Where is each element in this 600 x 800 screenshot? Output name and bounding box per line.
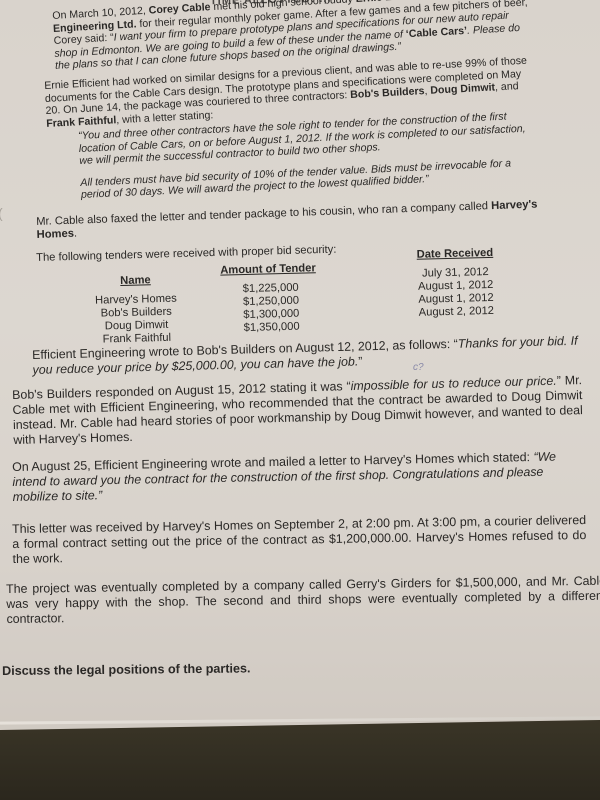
column-date: Date Received July 31, 2012 August 1, 20… [400, 246, 512, 320]
paragraph-sept2: This letter was received by Harvey's Hom… [12, 513, 587, 567]
desk-surface [0, 720, 600, 800]
column-name: Name Harvey's Homes Bob's Builders Doug … [80, 273, 192, 347]
paragraph-outcome: The project was eventually completed by … [6, 574, 600, 627]
table-cell: August 2, 2012 [401, 304, 511, 320]
text: . [74, 228, 78, 240]
column-amount: Amount of Tender $1,225,000 $1,250,000 $… [220, 261, 352, 335]
margin-mark: ( [0, 205, 3, 221]
paragraph-aug25: On August 25, Efficient Engineering wrot… [12, 449, 585, 505]
column-header: Date Received [400, 246, 510, 262]
party-name: Bob's Builders [350, 85, 425, 101]
handwritten-annotation: c? [413, 362, 424, 373]
question-prompt: Discuss the legal positions of the parti… [2, 661, 251, 678]
text: , and [495, 80, 519, 93]
text: ” [358, 354, 363, 368]
table-cell: $1,350,000 [222, 319, 352, 335]
business-name: ‘Cable Cars’ [406, 25, 468, 40]
paragraph-aug15: Bob's Builders responded on August 15, 2… [12, 373, 583, 448]
exam-page: TIME ALLOTTED: ... On March 10, 2012, Co… [0, 0, 600, 800]
party-name: Doug Dimwit [430, 82, 495, 97]
column-header: Amount of Tender [220, 261, 350, 277]
party-name: Frank Faithful [46, 114, 117, 130]
column-header: Name [80, 273, 190, 289]
